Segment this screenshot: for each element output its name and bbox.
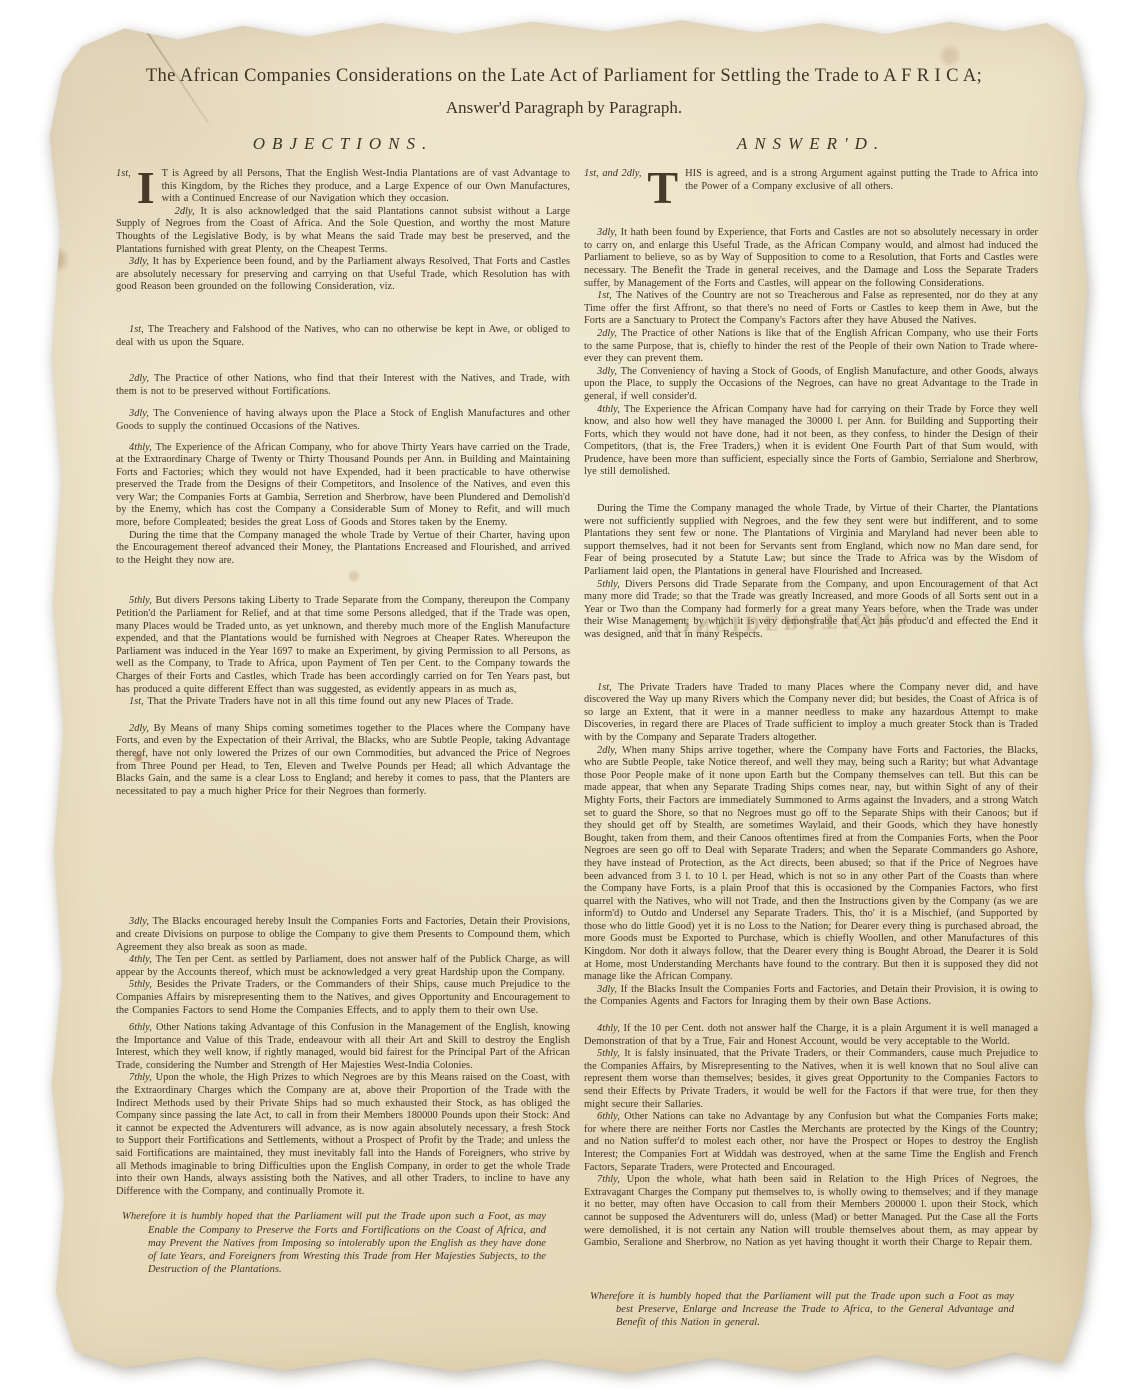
- paragraph-label: 4thly,: [597, 404, 624, 415]
- paragraph: 3dly, The Blacks encouraged hereby Insul…: [116, 916, 570, 954]
- paragraph: 5thly, But divers Persons taking Liberty…: [116, 595, 570, 696]
- closing-paragraph: Wherefore it is humbly hoped that the Pa…: [584, 1290, 1038, 1330]
- answers-column: ANSWER'D. 1st, and 2dly, THIS is agreed,…: [584, 132, 1038, 1329]
- paragraph: During the time that the Company managed…: [116, 530, 570, 568]
- paragraph: 4thly, The Experience the African Compan…: [584, 404, 1038, 480]
- paragraph: 3dly, The Conveniency of having a Stock …: [584, 366, 1038, 404]
- document-page: The African Companies Considerations on …: [28, 12, 1100, 1388]
- paragraph-label: 1st,: [116, 168, 131, 181]
- objections-heading: OBJECTIONS.: [116, 134, 570, 154]
- paragraph: During the Time the Company managed the …: [584, 503, 1038, 579]
- paragraph-label: 2dly,: [129, 373, 154, 384]
- paragraph-label: 2dly,: [597, 745, 622, 756]
- paragraph-label: 4thly,: [597, 1023, 624, 1034]
- paragraph: 3dly, It hath been found by Experience, …: [584, 227, 1038, 290]
- paragraph: 2dly, The Practice of other Nations, who…: [116, 373, 570, 398]
- paragraph-label: 3dly,: [129, 408, 153, 419]
- paragraph-label: 2dly,: [597, 328, 621, 339]
- title-line-2: Answer'd Paragraph by Paragraph.: [28, 98, 1100, 118]
- paragraph: 2dly, When many Ships arrive together, w…: [584, 745, 1038, 984]
- document-title: The African Companies Considerations on …: [28, 12, 1100, 118]
- paragraph: 6thly, Other Nations can take no Advanta…: [584, 1111, 1038, 1174]
- paragraph: 4thly, The Ten per Cent. as settled by P…: [116, 954, 570, 979]
- paragraph: 7thly, Upon the whole, the High Prizes t…: [116, 1072, 570, 1198]
- paragraph-label: 3dly,: [129, 916, 153, 927]
- paragraph-label: 1st, and 2dly,: [584, 168, 641, 181]
- paragraph: 4thly, If the 10 per Cent. doth not answ…: [584, 1023, 1038, 1048]
- answers-paragraphs: 1st, and 2dly, THIS is agreed, and is a …: [584, 168, 1038, 1329]
- paragraph-label: 7thly,: [597, 1174, 627, 1185]
- paragraph-label: 3dly,: [129, 256, 153, 267]
- paragraph-label: 6thly,: [597, 1111, 624, 1122]
- two-column-body: OBJECTIONS. 1st, IT is Agreed by all Per…: [28, 132, 1100, 1329]
- scan-background: The African Companies Considerations on …: [0, 0, 1125, 1400]
- paragraph: 3dly, If the Blacks Insult the Companies…: [584, 984, 1038, 1009]
- objections-column: OBJECTIONS. 1st, IT is Agreed by all Per…: [116, 132, 570, 1329]
- paragraph: 5thly, It is falsly insinuated, that the…: [584, 1048, 1038, 1111]
- paragraph-label: 5thly,: [129, 595, 155, 606]
- drop-cap-initial: T: [645, 168, 685, 207]
- paragraph-label: 5thly,: [129, 979, 157, 990]
- paragraph: 1st, The Treachery and Falshood of the N…: [116, 324, 570, 349]
- paragraph-label: 4thly,: [129, 442, 156, 453]
- objections-paragraphs: 1st, IT is Agreed by all Persons, That t…: [116, 168, 570, 1276]
- paragraph-label: 6thly,: [129, 1022, 156, 1033]
- paragraph-label: 4thly,: [129, 954, 156, 965]
- paragraph-label: 2dly,: [129, 723, 154, 734]
- paragraph: 2dly, The Practice of other Nations is l…: [584, 328, 1038, 366]
- paragraph: 2dly, By Means of many Ships coming some…: [116, 723, 570, 799]
- paragraph: 1st, and 2dly, THIS is agreed, and is a …: [584, 168, 1038, 193]
- paragraph-label: 5thly,: [597, 1048, 624, 1059]
- paragraph: 2dly, It is also acknowledged that the s…: [116, 206, 570, 256]
- paragraph: 1st, The Private Traders have Traded to …: [584, 682, 1038, 745]
- paragraph: 1st, That the Private Traders have not i…: [116, 696, 570, 709]
- paragraph-label: 1st,: [597, 290, 616, 301]
- paragraph-label: 1st,: [129, 324, 148, 335]
- paragraph: 6thly, Other Nations taking Advantage of…: [116, 1022, 570, 1072]
- drop-cap-initial: I: [135, 168, 162, 207]
- paragraph-label: 7thly,: [129, 1072, 156, 1083]
- paragraph-label: 3dly,: [597, 984, 621, 995]
- paragraph-label: 3dly,: [597, 227, 621, 238]
- paragraph-label: 1st,: [129, 696, 147, 707]
- paragraph: 7thly, Upon the whole, what hath been sa…: [584, 1174, 1038, 1250]
- closing-paragraph: Wherefore it is humbly hoped that the Pa…: [116, 1210, 570, 1276]
- paragraph: 3dly, It has by Experience been found, a…: [116, 256, 570, 294]
- paragraph-label: 1st,: [597, 682, 618, 693]
- answers-heading: ANSWER'D.: [584, 134, 1038, 154]
- title-line-1: The African Companies Considerations on …: [28, 66, 1100, 87]
- paragraph-label: 2dly,: [175, 206, 201, 217]
- paragraph: 3dly, The Convenience of having always u…: [116, 408, 570, 433]
- paragraph-label: 5thly,: [597, 579, 625, 590]
- paragraph: 1st, IT is Agreed by all Persons, That t…: [116, 168, 570, 206]
- paragraph: 5thly, Besides the Private Traders, or t…: [116, 979, 570, 1017]
- paragraph-label: 3dly,: [597, 366, 621, 377]
- paragraph: 4thly, The Experience of the African Com…: [116, 442, 570, 530]
- paragraph: 1st, The Natives of the Country are not …: [584, 290, 1038, 328]
